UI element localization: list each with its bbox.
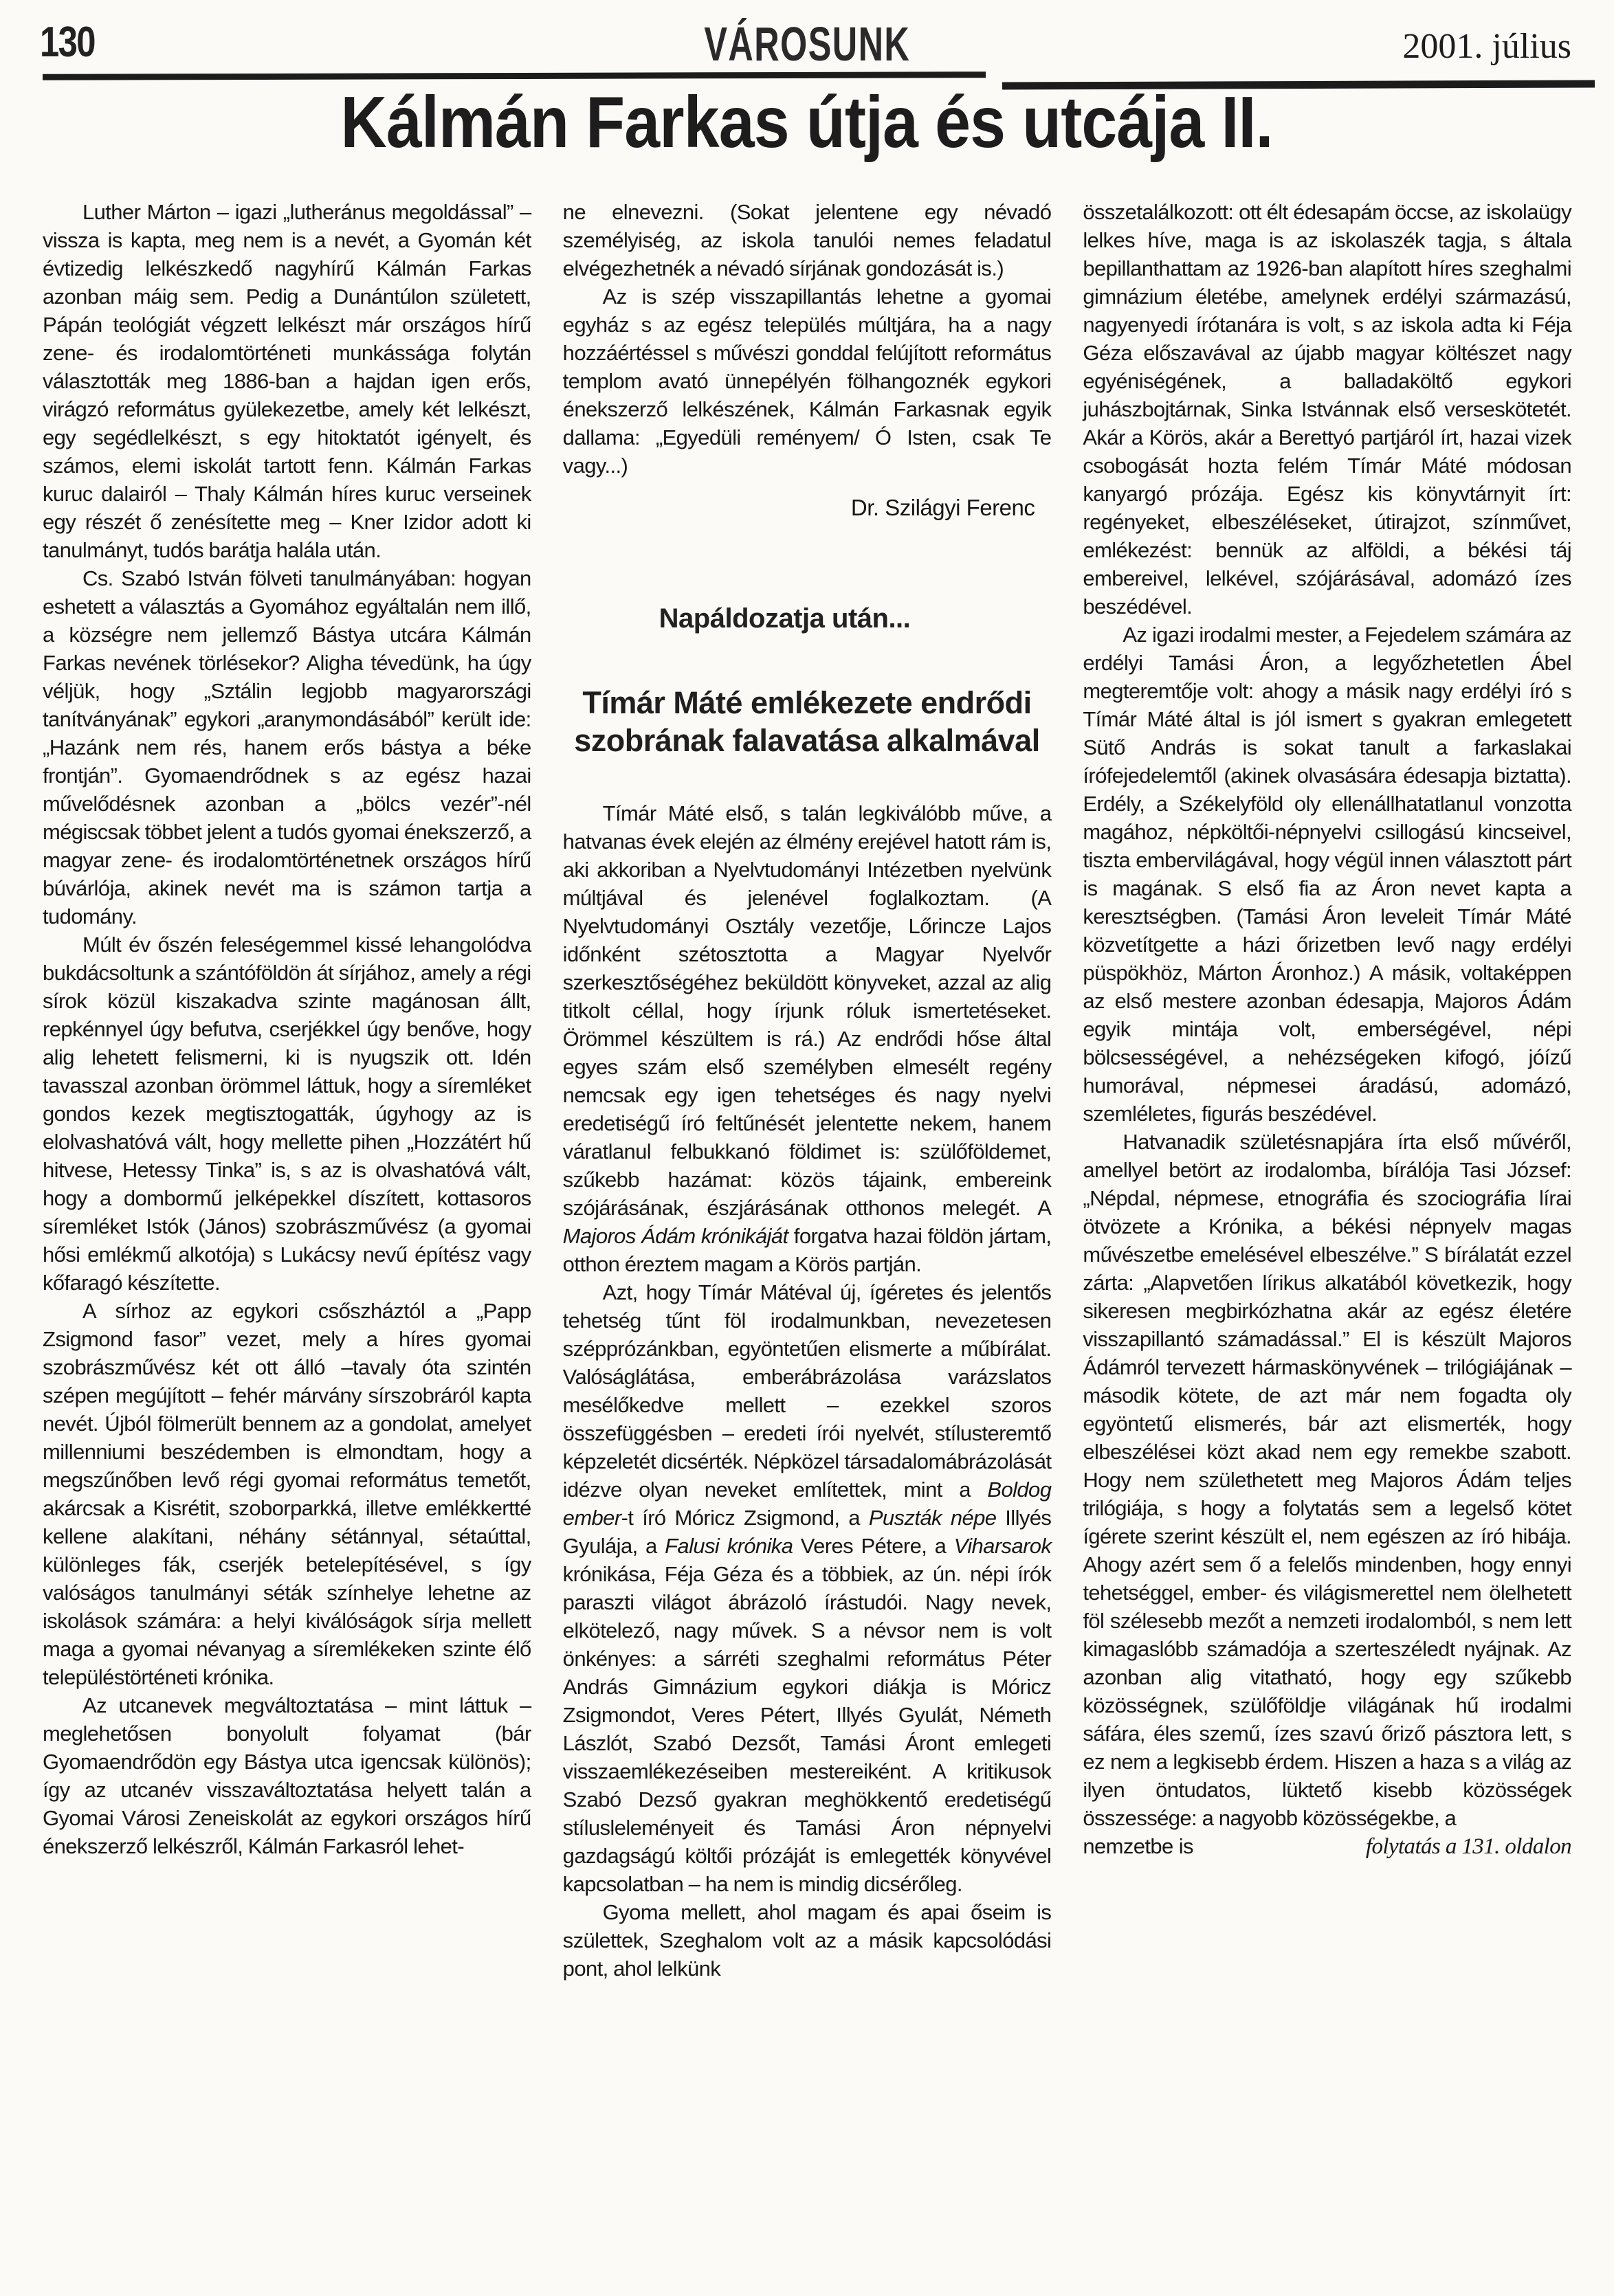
column-3: összetalálkozott: ott élt édesapám öccse… [1083,198,1571,2275]
column-2: ne elnevezni. (Sokat jelentene egy névad… [563,198,1052,2275]
paragraph: Múlt év őszén feleségemmel kissé lehango… [43,930,531,1297]
column-end-row: nemzetbe is folytatás a 131. oldalon [1083,1832,1571,1861]
text-segment: Tímár Máté első, s talán legkiválóbb műv… [563,801,1052,1220]
paragraph: Hatvanadik születésnapjára írta első műv… [1083,1128,1571,1832]
masthead: VÁROSUNK [0,16,1614,71]
paragraph: Az is szép visszapillantás lehetne a gyo… [563,282,1052,480]
book-title: Falusi krónika [665,1534,793,1558]
paragraph: Gyoma mellett, ahol magam és apai őseim … [563,1898,1052,1983]
section-kicker: Napáldozatja után... [659,603,1052,634]
text-segment: krónikása, Féja Géza és a többiek, az ún… [563,1562,1052,1896]
paragraph: Az utcanevek megváltoztatása – mint látt… [43,1691,531,1860]
paragraph: ne elnevezni. (Sokat jelentene egy névad… [563,198,1052,282]
last-line-text: nemzetbe is [1083,1832,1193,1860]
column-1: Luther Márton – igazi „lutheránus megold… [43,198,531,2275]
byline: Dr. Szilágyi Ferenc [563,493,1035,522]
paragraph: Luther Márton – igazi „lutheránus megold… [43,198,531,564]
article-title: Kálmán Farkas útja és utcája II. [0,81,1614,164]
masthead-title: VÁROSUNK [704,16,910,71]
article-body: Luther Márton – igazi „lutheránus megold… [43,198,1571,2275]
book-title: Puszták népe [869,1506,997,1530]
article2-heading: Tímár Máté emlékezete endrődi szobrának … [573,684,1042,759]
paragraph: A sírhoz az egykori csőszháztól a „Papp … [43,1297,531,1691]
article-title-text: Kálmán Farkas útja és utcája II. [341,81,1273,164]
text-segment: Veres Pétere, a [793,1534,953,1558]
header-rule-left [43,71,986,80]
book-title: Majoros Ádám krónikáját [563,1224,788,1248]
paragraph: összetalálkozott: ott élt édesapám öccse… [1083,198,1571,621]
newspaper-page: 130 VÁROSUNK 2001. július Kálmán Farkas … [0,0,1614,2296]
text-segment: -t író Móricz Zsigmond, a [621,1506,869,1530]
issue-date: 2001. július [1402,26,1571,67]
book-title: Viharsarok [954,1534,1052,1558]
continuation-note: folytatás a 131. oldalon [1366,1833,1571,1861]
paragraph: Cs. Szabó István fölveti tanulmányában: … [43,564,531,930]
paragraph: Az igazi irodalmi mester, a Fejedelem sz… [1083,621,1571,1128]
paragraph: Azt, hogy Tímár Mátéval új, ígéretes és … [563,1278,1052,1898]
text-segment: Azt, hogy Tímár Mátéval új, ígéretes és … [563,1280,1052,1502]
paragraph: Tímár Máté első, s talán legkiválóbb műv… [563,799,1052,1278]
